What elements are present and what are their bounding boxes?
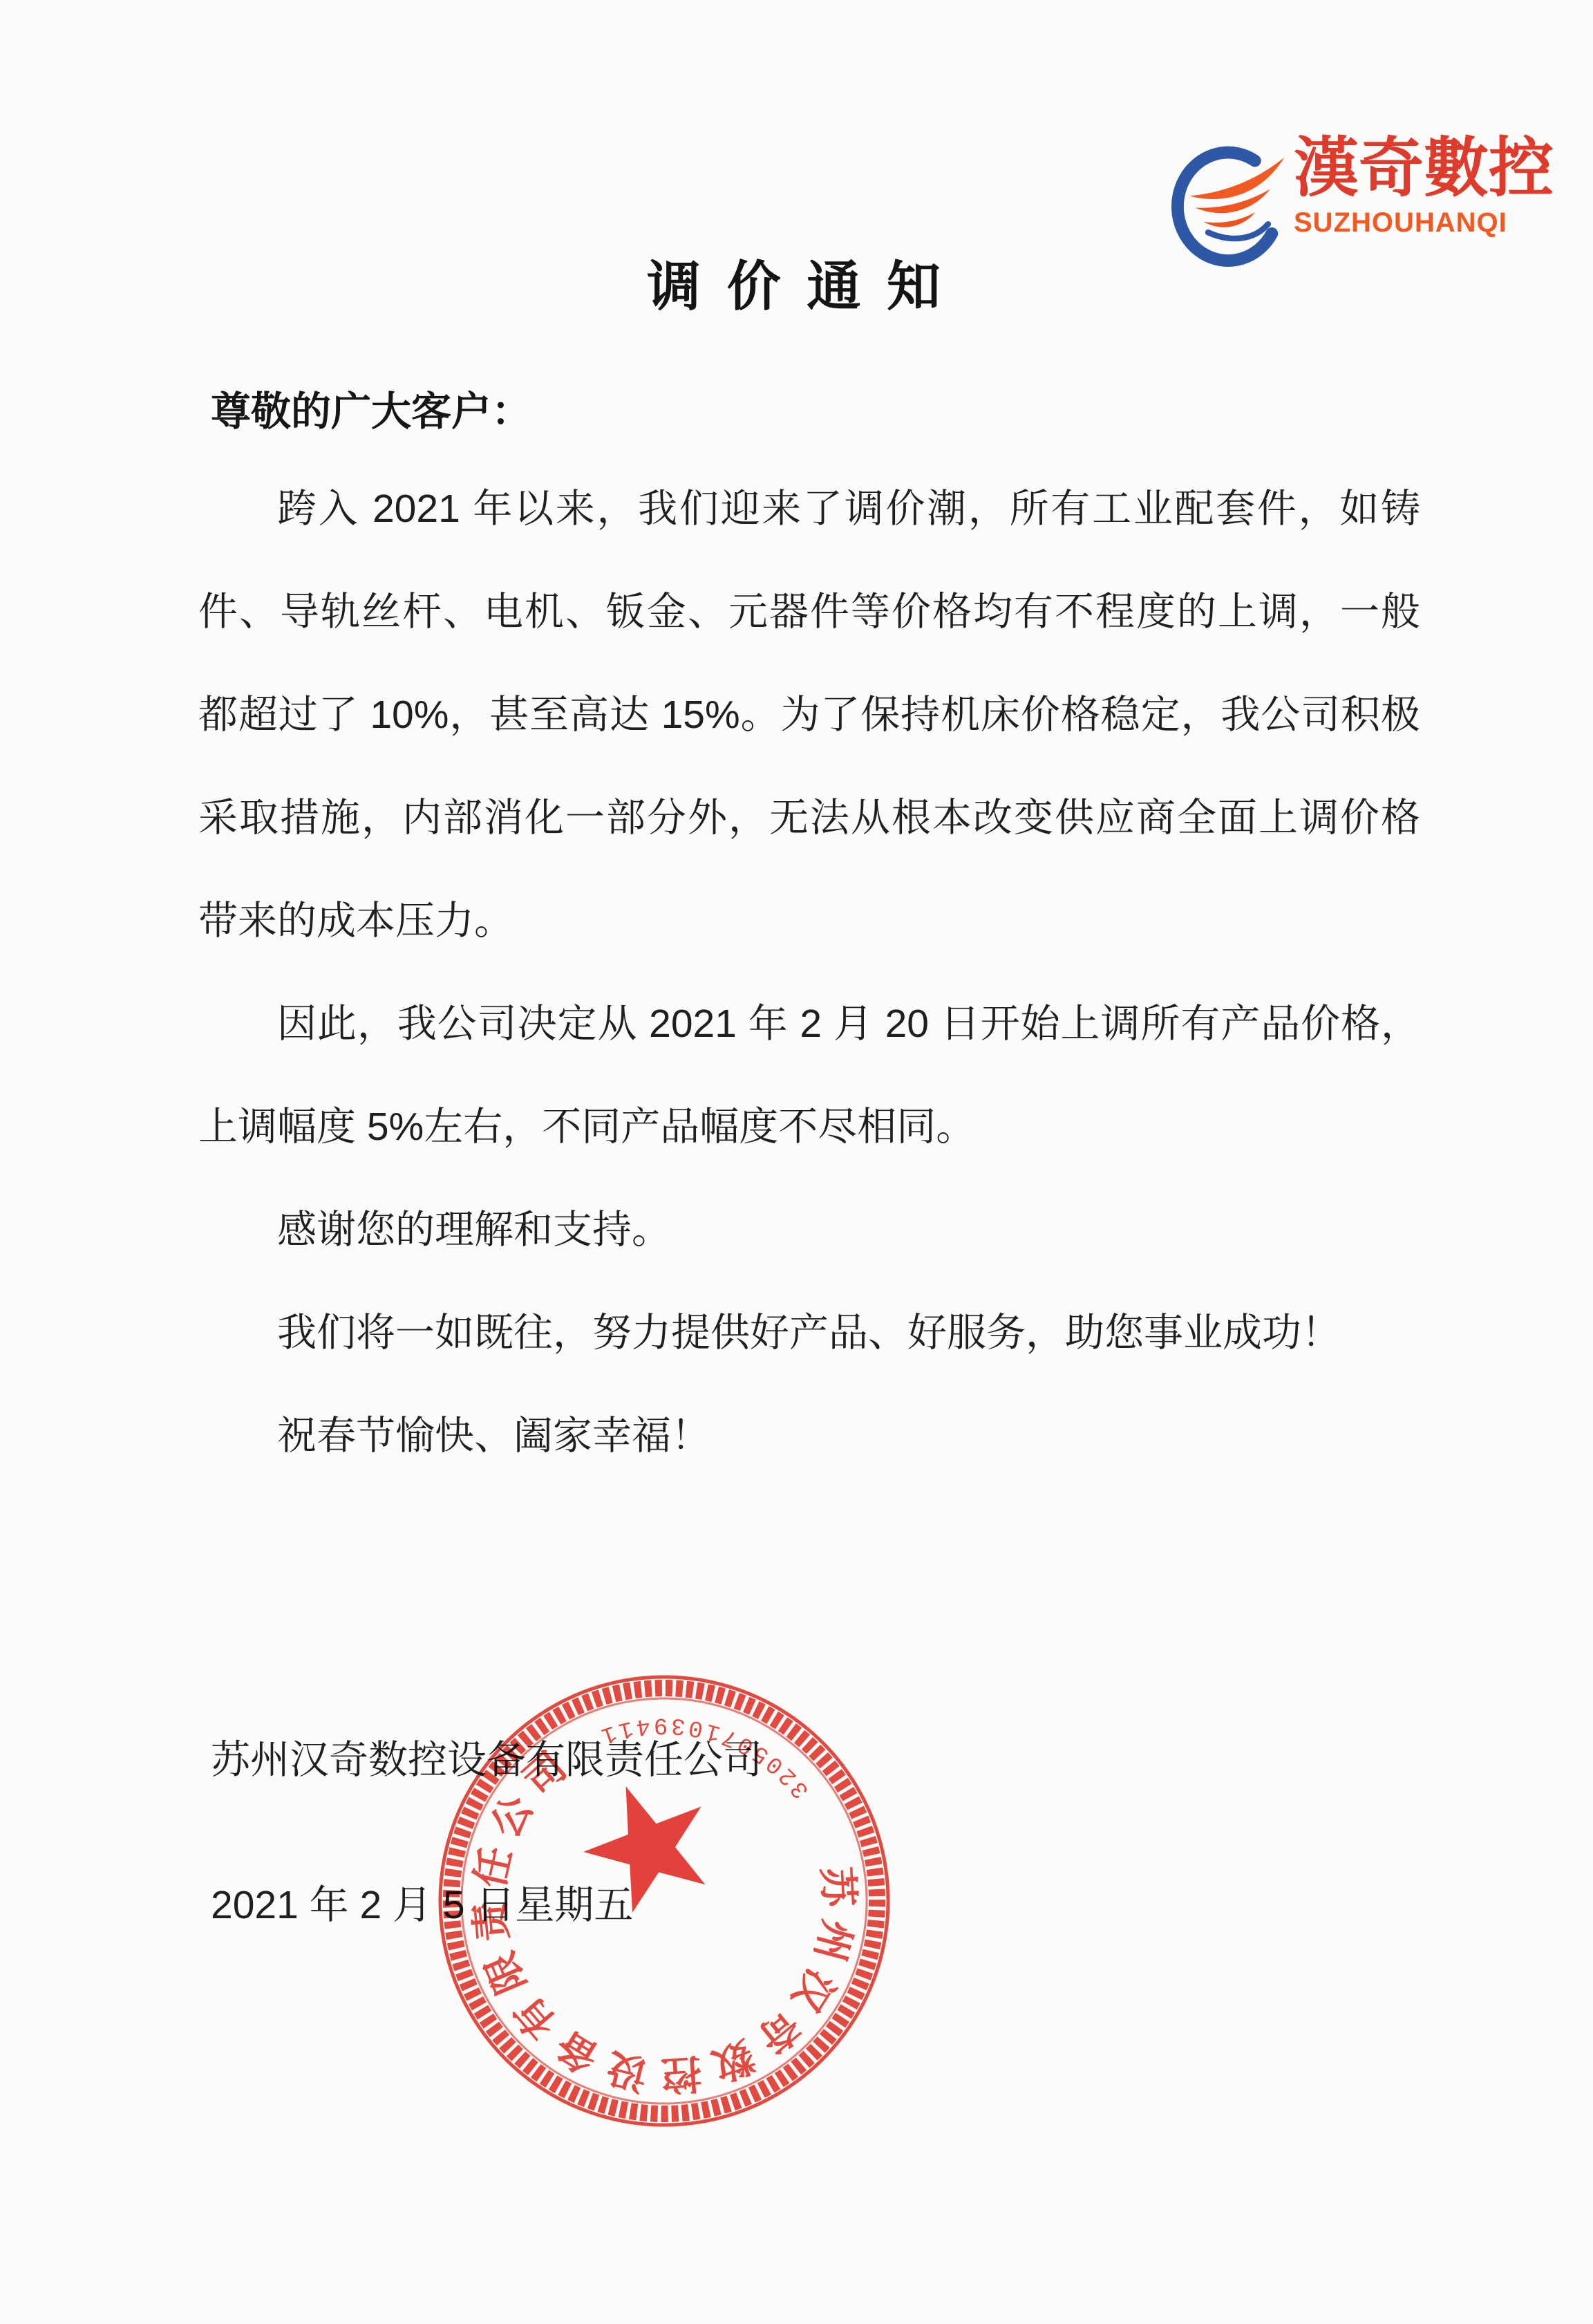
body-line: 祝春节愉快、阖家幸福！ [198, 1385, 1420, 1488]
logo-cn-name: 漢奇數控 [1294, 135, 1554, 203]
body-line: 上调幅度 5%左右，不同产品幅度不尽相同。 [198, 1076, 1420, 1179]
body-line: 带来的成本压力。 [198, 870, 1420, 973]
page-title: 调 价 通 知 [0, 243, 1593, 321]
scanned-notice-page: 漢奇數控 SUZHOUHANQI 调 价 通 知 尊敬的广大客户： 跨入 202… [0, 0, 1593, 2324]
logo-en-name: SUZHOUHANQI [1294, 207, 1507, 238]
seal-serial-number: 3205071039411 [587, 1688, 825, 1807]
body-line: 感谢您的理解和支持。 [198, 1179, 1420, 1282]
body-text: 跨入 2021 年以来，我们迎来了调价潮，所有工业配套件，如铸 件、导轨丝杆、电… [198, 458, 1420, 1488]
body-paragraph: 我们将一如既往，努力提供好产品、好服务，助您事业成功！ [198, 1282, 1420, 1385]
body-paragraph: 因此，我公司决定从 2021 年 2 月 20 日开始上调所有产品价格， 上调幅… [198, 973, 1420, 1179]
seal-star-icon [572, 1780, 724, 1929]
body-paragraph: 感谢您的理解和支持。 [198, 1179, 1420, 1282]
company-seal-stamp: 苏州汉奇数控设备有限责任公司 3205071039411 [429, 1666, 899, 2136]
salutation: 尊敬的广大客户： [211, 379, 531, 437]
body-paragraph: 跨入 2021 年以来，我们迎来了调价潮，所有工业配套件，如铸 件、导轨丝杆、电… [198, 458, 1420, 973]
body-line: 我们将一如既往，努力提供好产品、好服务，助您事业成功！ [198, 1282, 1420, 1385]
body-line: 采取措施，内部消化一部分外，无法从根本改变供应商全面上调价格 [198, 767, 1420, 870]
body-paragraph: 祝春节愉快、阖家幸福！ [198, 1385, 1420, 1488]
logo-text: 漢奇數控 SUZHOUHANQI [1294, 135, 1554, 238]
svg-text:3205071039411: 3205071039411 [587, 1688, 825, 1807]
body-line: 因此，我公司决定从 2021 年 2 月 20 日开始上调所有产品价格， [198, 973, 1420, 1076]
body-line: 都超过了 10%，甚至高达 15%。为了保持机床价格稳定，我公司积极 [198, 664, 1420, 767]
body-line: 件、导轨丝杆、电机、钣金、元器件等价格均有不程度的上调，一般 [198, 561, 1420, 664]
body-line: 跨入 2021 年以来，我们迎来了调价潮，所有工业配套件，如铸 [198, 458, 1420, 561]
